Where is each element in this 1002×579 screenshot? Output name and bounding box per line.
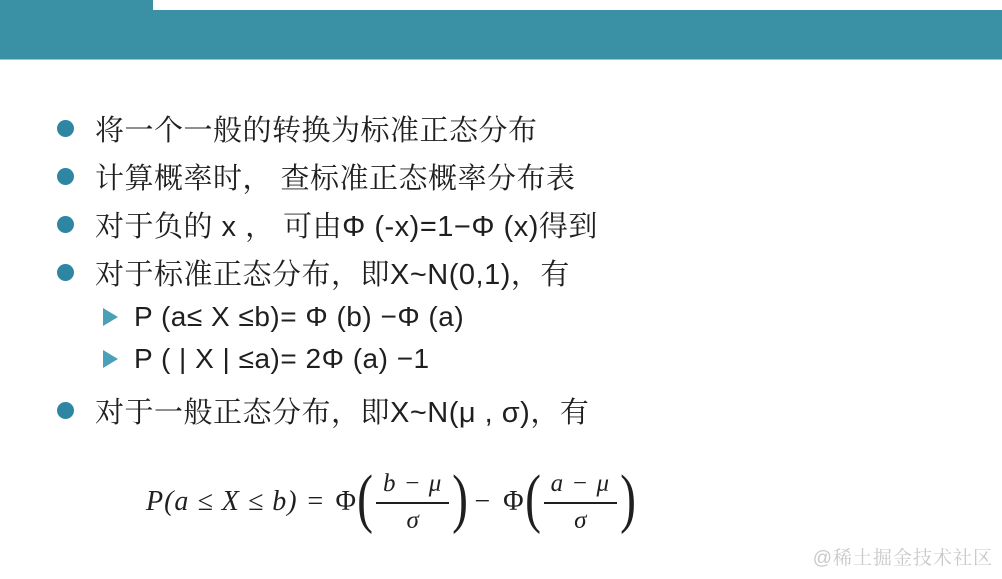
formula-phi: Φ bbox=[335, 486, 355, 518]
fraction-denominator: σ bbox=[574, 504, 586, 536]
header-notch bbox=[0, 0, 153, 10]
list-item: 计算概率时， 查标准正态概率分布表 bbox=[57, 152, 957, 200]
header-band bbox=[0, 10, 1002, 60]
formula-fraction: b − μ σ bbox=[376, 469, 449, 536]
sub-list-item: P ( | X | ≤a)= 2Φ (a) −1 bbox=[103, 338, 957, 380]
sub-bullet-text: P (a≤ X ≤b)= Φ (b) −Φ (a) bbox=[134, 301, 464, 333]
formula-fraction: a − μ σ bbox=[544, 469, 617, 536]
bullet-text: 将一个一般的转换为标准正态分布 bbox=[95, 108, 538, 149]
list-item: 对于负的 x ， 可由Φ (-x)=1−Φ (x)得到 bbox=[57, 200, 957, 248]
bullet-text: 对于标准正态分布，即X~N(0,1)，有 bbox=[95, 252, 570, 293]
formula-phi: Φ bbox=[503, 486, 523, 518]
arrowhead-right-icon bbox=[103, 350, 118, 368]
fraction-numerator: b − μ bbox=[376, 469, 449, 504]
bullet-dot-icon bbox=[57, 264, 74, 281]
formula-left-paren: ( bbox=[357, 466, 373, 538]
fraction-denominator: σ bbox=[406, 504, 418, 536]
bullet-list: 将一个一般的转换为标准正态分布 计算概率时， 查标准正态概率分布表 对于负的 x… bbox=[57, 104, 957, 434]
list-item: 将一个一般的转换为标准正态分布 bbox=[57, 104, 957, 152]
formula-left-paren: ( bbox=[525, 466, 541, 538]
bullet-text: 对于负的 x ， 可由Φ (-x)=1−Φ (x)得到 bbox=[95, 204, 598, 245]
bullet-text: 对于一般正态分布，即X~N(μ , σ)，有 bbox=[95, 390, 589, 431]
formula-lhs: P(a ≤ X ≤ b) = bbox=[146, 486, 325, 518]
formula-right-paren: ) bbox=[620, 466, 636, 538]
bullet-text: 计算概率时， 查标准正态概率分布表 bbox=[95, 156, 576, 197]
bullet-dot-icon bbox=[57, 168, 74, 185]
list-item: 对于一般正态分布，即X~N(μ , σ)，有 bbox=[57, 386, 957, 434]
sub-list-item: P (a≤ X ≤b)= Φ (b) −Φ (a) bbox=[103, 296, 957, 338]
formula-right-paren: ) bbox=[452, 466, 468, 538]
watermark: @稀土掘金技术社区 bbox=[813, 543, 993, 570]
list-item: 对于标准正态分布，即X~N(0,1)，有 bbox=[57, 248, 957, 296]
bullet-dot-icon bbox=[57, 402, 74, 419]
bullet-dot-icon bbox=[57, 216, 74, 233]
normal-distribution-formula: P(a ≤ X ≤ b) = Φ ( b − μ σ ) − Φ ( a − μ… bbox=[146, 462, 637, 542]
arrowhead-right-icon bbox=[103, 308, 118, 326]
fraction-numerator: a − μ bbox=[544, 469, 617, 504]
formula-minus: − bbox=[474, 486, 490, 518]
bullet-dot-icon bbox=[57, 120, 74, 137]
sub-bullet-text: P ( | X | ≤a)= 2Φ (a) −1 bbox=[134, 343, 430, 375]
